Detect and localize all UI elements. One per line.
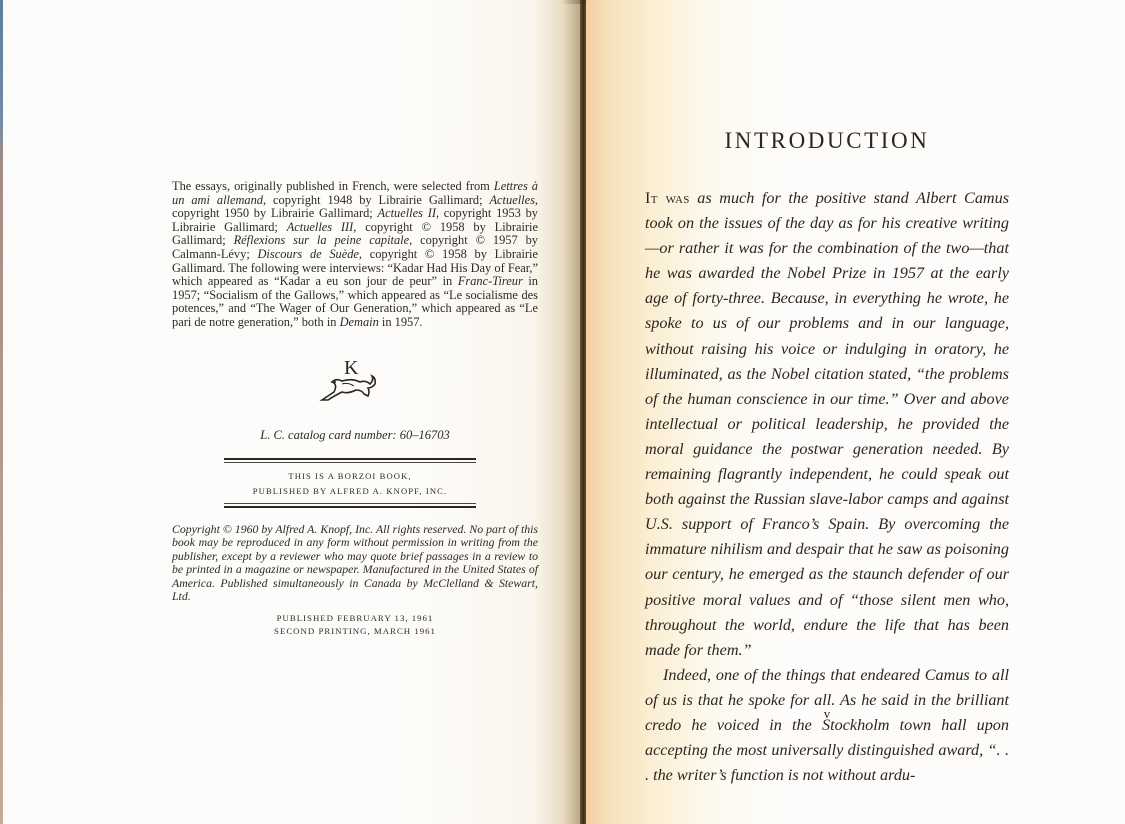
paragraph: It was as much for the positive stand Al… xyxy=(645,186,1009,663)
rule-divider xyxy=(224,458,476,460)
catalog-card-number: L. C. catalog card number: 60–16703 xyxy=(172,428,538,443)
colophon-title: Discours de Suède, xyxy=(257,247,362,261)
colophon-title: Actuelles, xyxy=(489,193,538,207)
colophon-text: copyright 1950 by Librairie Gallimard; xyxy=(172,206,378,220)
colophon-title: Réflexions sur la peine capitale, xyxy=(234,233,413,247)
borzoi-line: This is a Borzoi Book, xyxy=(224,469,476,484)
colophon-title: Actuelles III, xyxy=(287,220,357,234)
colophon-title: Franc-Tireur xyxy=(458,274,523,288)
colophon-paragraph: The essays, originally published in Fren… xyxy=(172,180,538,330)
colophon-text: copyright 1948 by Librairie Gallimard; xyxy=(266,193,489,207)
left-page-copyright: The essays, originally published in Fren… xyxy=(0,0,580,824)
paragraph-text: as much for the positive stand Albert Ca… xyxy=(645,189,1009,659)
colophon-title: Demain xyxy=(340,315,379,329)
rule-divider xyxy=(224,503,476,504)
colophon-title: Actuelles II, xyxy=(378,206,440,220)
printing-history: Published February 13, 1961 Second Print… xyxy=(172,612,538,637)
paragraph: Indeed, one of the things that endeared … xyxy=(645,663,1009,788)
page-number: v xyxy=(645,706,1009,722)
rule-divider xyxy=(224,506,476,508)
chapter-title: INTRODUCTION xyxy=(645,128,1009,154)
colophon-text: The essays, originally published in Fren… xyxy=(172,179,494,193)
publisher-line: Published by Alfred A. Knopf, Inc. xyxy=(224,484,476,499)
published-date: Published February 13, 1961 xyxy=(172,612,538,625)
book-edge xyxy=(0,0,3,824)
borzoi-book-notice: This is a Borzoi Book, Published by Alfr… xyxy=(224,469,476,499)
second-printing-date: Second Printing, March 1961 xyxy=(172,625,538,638)
rule-divider xyxy=(224,462,476,463)
svg-text:K: K xyxy=(344,357,359,379)
copyright-notice: Copyright © 1960 by Alfred A. Knopf, Inc… xyxy=(172,523,538,603)
book-spread: The essays, originally published in Fren… xyxy=(0,0,1125,824)
borzoi-logo-icon: K xyxy=(318,356,378,406)
introduction-body: It was as much for the positive stand Al… xyxy=(645,186,1009,788)
lead-in-small-caps: It was xyxy=(645,189,690,207)
colophon-text: in 1957. xyxy=(379,315,423,329)
